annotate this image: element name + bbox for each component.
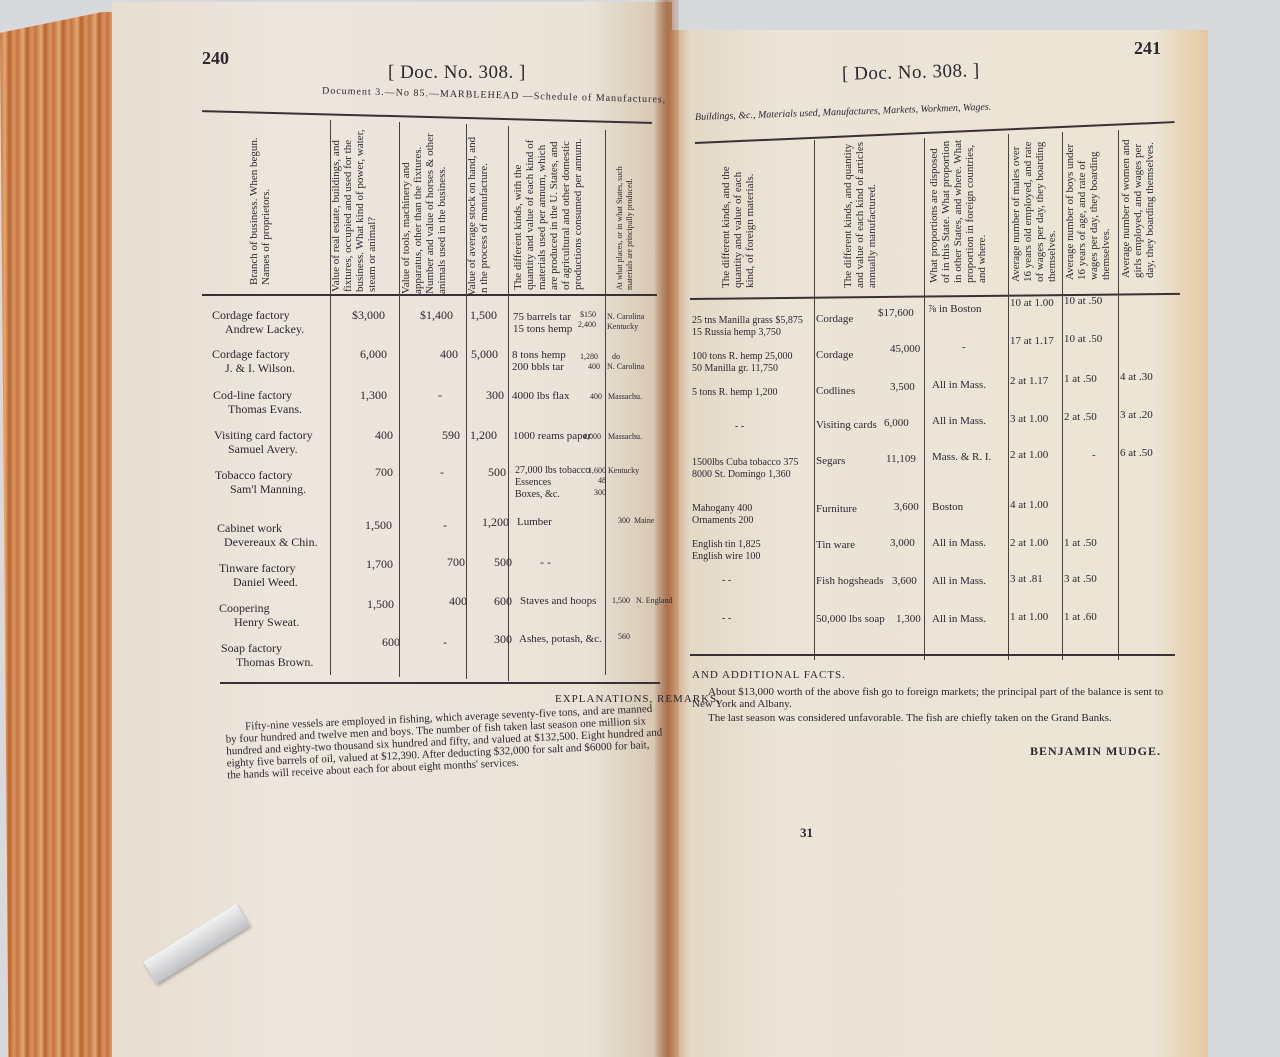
header-branch: Branch of business. When begun. Names of… — [248, 125, 298, 285]
material-value: 1,600 — [588, 466, 606, 476]
tools-value: 700 — [447, 555, 465, 569]
disposal: All in Mass. — [932, 574, 986, 588]
business-name: Visiting card factory — [214, 428, 313, 442]
stock-value: 1,200 — [482, 515, 509, 529]
article-value: 6,000 — [884, 416, 909, 430]
real-estate-value: 6,000 — [360, 347, 387, 361]
col-divider — [1118, 130, 1119, 660]
foreign-material: 8000 St. Domingo 1,360 — [692, 468, 791, 482]
stock-value: 600 — [494, 594, 512, 608]
males-wages: 10 at 1.00 — [1010, 296, 1054, 310]
foreign-material: 50 Manilla gr. 11,750 — [692, 362, 778, 376]
males-wages: 3 at 1.00 — [1010, 412, 1048, 426]
disposal: All in Mass. — [932, 378, 986, 392]
material-value: 300 — [594, 488, 606, 498]
article-value: $17,600 — [878, 306, 914, 320]
proprietor-name: Samuel Avery. — [228, 442, 298, 456]
header-articles-manufactured: The different kinds, and quantity and va… — [842, 140, 894, 288]
women-wages: 4 at .30 — [1120, 370, 1153, 384]
tools-value: - — [440, 465, 444, 479]
header-places: At what places, or in what States, such … — [615, 150, 645, 290]
stock-value: 300 — [494, 632, 512, 646]
material-value: 48 — [598, 476, 606, 486]
boys-wages: 1 at .60 — [1064, 610, 1097, 624]
header-bottom-rule — [202, 294, 657, 296]
book-spine — [655, 0, 679, 1057]
table-bottom-rule — [690, 654, 1175, 656]
header-boys: Average number of boys under 16 years of… — [1064, 132, 1116, 280]
disposal: Mass. & R. I. — [932, 450, 991, 464]
business-name: Coopering — [219, 601, 270, 615]
real-estate-value: 1,500 — [367, 597, 394, 611]
material: Ashes, potash, &c. — [519, 632, 602, 646]
proprietor-name: Sam'l Manning. — [230, 482, 306, 496]
boys-wages: 3 at .50 — [1064, 572, 1097, 586]
stock-value: 500 — [488, 465, 506, 479]
business-name: Tobacco factory — [215, 468, 292, 482]
real-estate-value: $3,000 — [352, 308, 385, 322]
material-value: 4,000 — [583, 432, 601, 442]
article-value: 1,300 — [896, 612, 921, 626]
material-value: 1,280 — [580, 352, 598, 362]
left-doc-title: [ Doc. No. 308. ] — [388, 62, 526, 84]
article: Furniture — [816, 502, 857, 516]
stock-value: 5,000 — [471, 347, 498, 361]
tools-value: - — [438, 388, 442, 402]
place: Massachu. — [608, 432, 642, 442]
boys-wages: - — [1092, 448, 1096, 462]
males-wages: 2 at 1.17 — [1010, 374, 1048, 388]
article: Codlines — [816, 384, 855, 398]
article-value: 3,600 — [892, 574, 917, 588]
tools-value: - — [443, 518, 447, 532]
place: Massachu. — [608, 392, 642, 402]
place: Maine — [634, 516, 654, 526]
disposal: All in Mass. — [932, 536, 986, 550]
right-doc-title: [ Doc. No. 308. ] — [842, 60, 980, 86]
boys-wages: 1 at .50 — [1064, 372, 1097, 386]
boys-wages: 2 at .50 — [1064, 410, 1097, 424]
article: Fish hogsheads — [816, 574, 884, 588]
business-name: Cabinet work — [217, 521, 282, 535]
material-value: 400 — [590, 392, 602, 402]
foreign-material: - - — [722, 574, 731, 588]
business-name: Cordage factory — [212, 347, 290, 361]
header-males: Average number of males over 16 years ol… — [1010, 134, 1060, 282]
proprietor-name: Henry Sweat. — [234, 615, 299, 629]
col-divider — [399, 122, 400, 677]
article: Cordage — [816, 312, 853, 326]
material: 15 tons hemp — [513, 322, 572, 336]
place: N. England — [636, 596, 672, 606]
business-name: Cordage factory — [212, 308, 290, 322]
stock-value: 500 — [494, 555, 512, 569]
business-name: Soap factory — [221, 641, 282, 655]
proprietor-name: J. & I. Wilson. — [225, 361, 295, 375]
article-value: 45,000 — [890, 342, 920, 356]
right-page-number: 241 — [1134, 38, 1161, 59]
foreign-material: English wire 100 — [692, 550, 760, 564]
disposal: All in Mass. — [932, 414, 986, 428]
disposal: - — [962, 340, 966, 354]
foreign-material: - - — [722, 612, 731, 626]
males-wages: 1 at 1.00 — [1010, 610, 1048, 624]
material: 1000 reams paper — [513, 429, 591, 443]
boys-wages: 10 at .50 — [1064, 332, 1102, 346]
table-bottom-rule — [220, 682, 660, 684]
proprietor-name: Thomas Evans. — [228, 402, 302, 416]
women-wages: 3 at .20 — [1120, 408, 1153, 422]
place: N. Carolina — [607, 362, 644, 372]
article: 50,000 lbs soap — [816, 612, 885, 626]
proprietor-name: Devereaux & Chin. — [224, 535, 318, 549]
signature-number: 31 — [800, 826, 813, 840]
header-tools: Value of tools, machinery and apparatus,… — [400, 124, 462, 294]
col-divider — [605, 130, 606, 675]
material: 4000 lbs flax — [512, 389, 569, 403]
article-value: 3,600 — [894, 500, 919, 514]
signature: BENJAMIN MUDGE. — [1030, 744, 1161, 758]
material-value: 2,400 — [578, 320, 596, 330]
tools-value: - — [443, 635, 447, 649]
real-estate-value: 400 — [375, 428, 393, 442]
real-estate-value: 1,700 — [366, 557, 393, 571]
males-wages: 2 at 1.00 — [1010, 448, 1048, 462]
header-stock: Value of average stock on hand, and in t… — [466, 126, 506, 296]
col-divider — [924, 138, 925, 660]
material: 200 bbls tar — [512, 360, 564, 374]
stock-value: 1,200 — [470, 428, 497, 442]
tools-value: 400 — [440, 347, 458, 361]
col-divider — [1008, 134, 1009, 660]
foreign-material: - - — [735, 420, 744, 434]
males-wages: 2 at 1.00 — [1010, 536, 1048, 550]
facts-heading: AND ADDITIONAL FACTS. — [692, 668, 846, 682]
foreign-material: 5 tons R. hemp 1,200 — [692, 386, 778, 400]
place: N. Carolina — [607, 312, 644, 322]
header-foreign-materials: The different kinds, and the quantity an… — [720, 148, 770, 288]
proprietor-name: Thomas Brown. — [236, 655, 313, 669]
real-estate-value: 1,300 — [360, 388, 387, 402]
material-value: $150 — [580, 310, 596, 320]
real-estate-value: 700 — [375, 465, 393, 479]
article-value: 3,000 — [890, 536, 915, 550]
place: do — [612, 352, 620, 362]
facts-paragraph-1: About $13,000 worth of the above fish go… — [692, 686, 1176, 710]
tools-value: 400 — [449, 594, 467, 608]
tools-value: 590 — [442, 428, 460, 442]
material: Boxes, &c. — [515, 488, 560, 502]
col-divider — [330, 120, 331, 675]
stock-value: 1,500 — [470, 308, 497, 322]
tools-value: $1,400 — [420, 308, 453, 322]
males-wages: 17 at 1.17 — [1010, 334, 1054, 348]
article: Visiting cards — [816, 418, 877, 432]
header-real-estate: Value of real estate, buildings, and fix… — [330, 122, 395, 292]
material-value: 400 — [588, 362, 600, 372]
place: Kentucky — [608, 466, 639, 476]
proprietor-name: Andrew Lackey. — [225, 322, 304, 336]
material: Staves and hoops — [520, 594, 596, 608]
header-disposal: What proportions are disposed of in this… — [928, 138, 1000, 283]
males-wages: 3 at .81 — [1010, 572, 1043, 586]
material-value: 560 — [618, 632, 630, 642]
business-name: Tinware factory — [219, 561, 296, 575]
stock-value: 300 — [486, 388, 504, 402]
header-women: Average number of women and girls employ… — [1120, 130, 1172, 278]
women-wages: 6 at .50 — [1120, 446, 1153, 460]
material-value: 300 — [618, 516, 630, 526]
business-name: Cod-line factory — [213, 388, 292, 402]
col-divider — [1062, 132, 1063, 660]
article-value: 3,500 — [890, 380, 915, 394]
col-divider — [814, 140, 815, 660]
boys-wages: 10 at .50 — [1064, 294, 1102, 308]
males-wages: 4 at 1.00 — [1010, 498, 1048, 512]
material-value: 1,500 — [612, 596, 630, 606]
real-estate-value: 600 — [382, 635, 400, 649]
header-domestic-materials: The different kinds, with the quantity a… — [512, 130, 592, 290]
place: Kentucky — [607, 322, 638, 332]
facts-paragraph-2: The last season was considered unfavorab… — [692, 712, 1176, 724]
article: Tin ware — [816, 538, 855, 552]
left-page-number: 240 — [202, 48, 229, 69]
article: Cordage — [816, 348, 853, 362]
material: - - — [540, 555, 551, 569]
boys-wages: 1 at .50 — [1064, 536, 1097, 550]
disposal: ⅞ in Boston — [928, 302, 981, 316]
foreign-material: 15 Russia hemp 3,750 — [692, 326, 781, 340]
foreign-material: Ornaments 200 — [692, 514, 753, 528]
disposal: Boston — [932, 500, 963, 514]
disposal: All in Mass. — [932, 612, 986, 626]
article: Segars — [816, 454, 845, 468]
article-value: 11,109 — [886, 452, 916, 466]
material: Lumber — [517, 515, 552, 529]
proprietor-name: Daniel Weed. — [233, 575, 298, 589]
real-estate-value: 1,500 — [365, 518, 392, 532]
